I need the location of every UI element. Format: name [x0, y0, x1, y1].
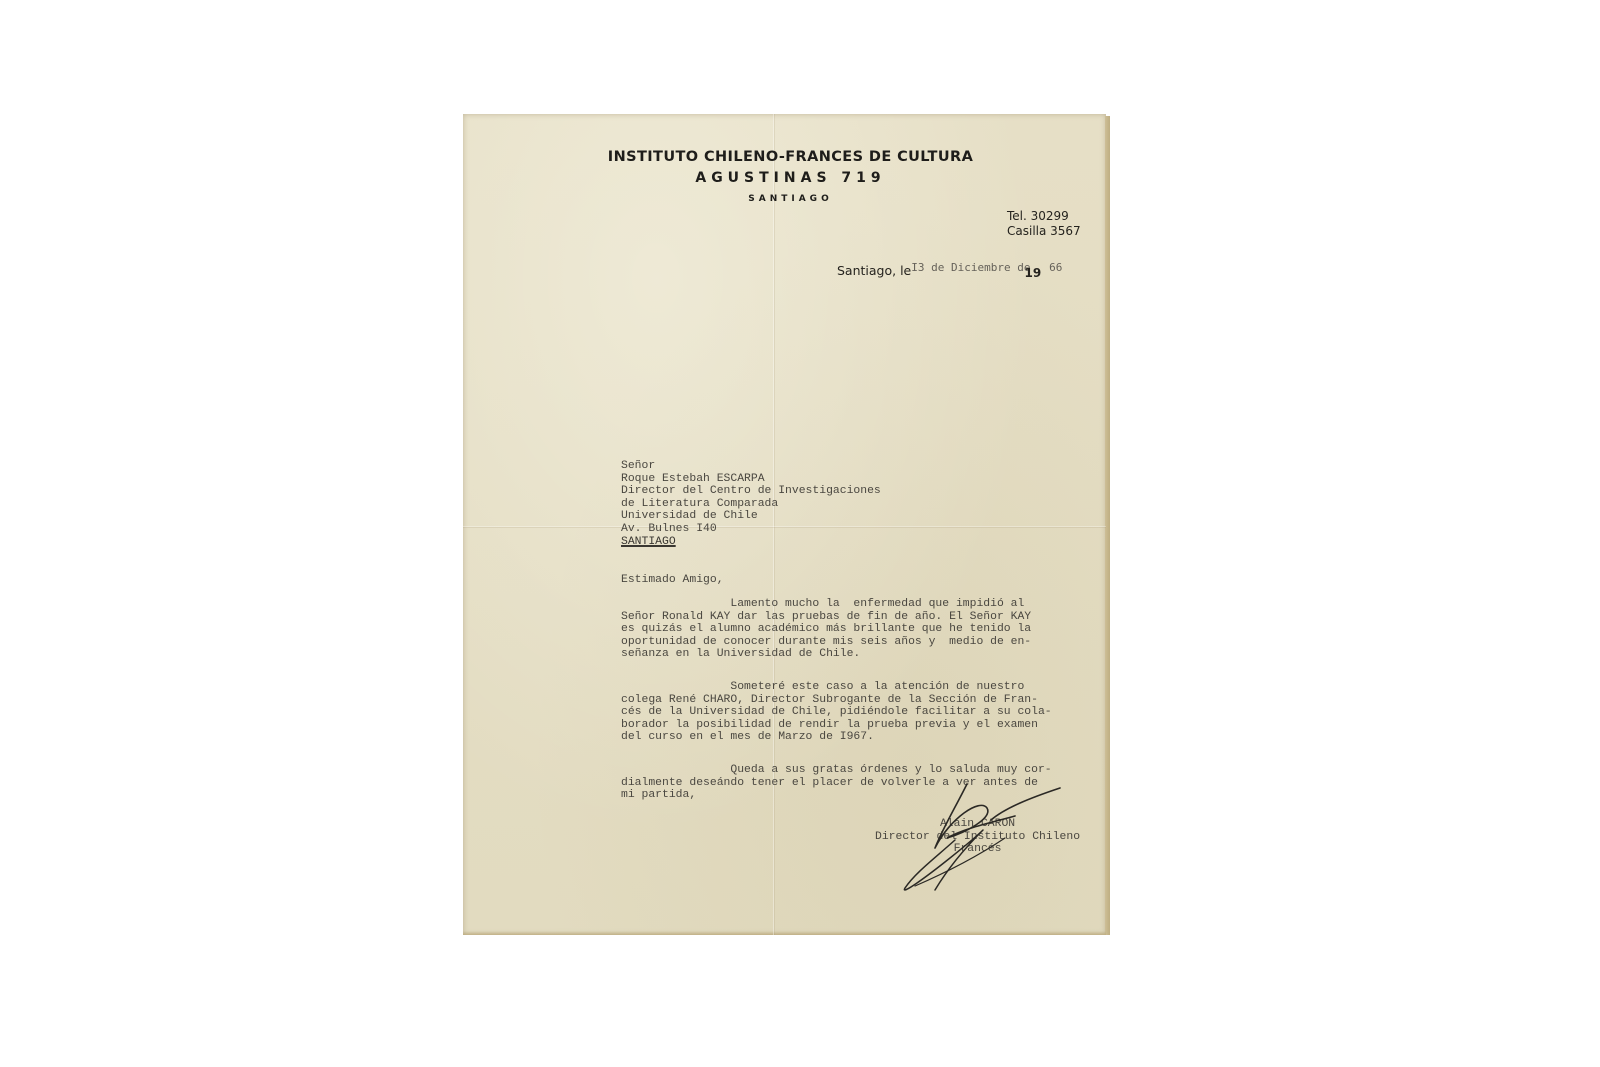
address-line: Señor [621, 460, 881, 473]
date-century: 19 [1024, 266, 1041, 280]
body-paragraph: Lamento mucho la enfermedad que impidió … [621, 598, 1031, 661]
date-line: Santiago, leI3 de Diciembre de19 66 [837, 262, 1062, 280]
letterhead-institution: INSTITUTO CHILENO-FRANCES DE CULTURA [463, 149, 1106, 165]
address-line: Av. Bulnes I40 [621, 523, 881, 536]
address-line: Universidad de Chile [621, 510, 881, 523]
date-day-month: I3 de Diciembre de [911, 261, 1030, 274]
address-line: Director del Centro de Investigaciones [621, 485, 881, 498]
address-city: SANTIAGO [621, 536, 881, 549]
po-box: Casilla 3567 [1007, 224, 1081, 239]
letterhead-contact: Tel. 30299 Casilla 3567 [1007, 209, 1081, 239]
telephone: Tel. 30299 [1007, 209, 1081, 224]
letterhead-city: SANTIAGO [463, 194, 1106, 204]
date-prefix: Santiago, le [837, 263, 911, 278]
address-line: Roque Estebah ESCARPA [621, 473, 881, 486]
body-paragraph: Someteré este caso a la atención de nues… [621, 681, 1052, 744]
letter-sheet: INSTITUTO CHILENO-FRANCES DE CULTURA AGU… [463, 114, 1106, 935]
date-year: 66 [1049, 261, 1062, 274]
paper-edge [463, 931, 1106, 935]
letterhead-street: AGUSTINAS 719 [463, 170, 1106, 186]
handwritten-signature [895, 778, 1065, 898]
recipient-address: SeñorRoque Estebah ESCARPADirector del C… [621, 460, 881, 548]
greeting: Estimado Amigo, [621, 574, 724, 587]
address-line: de Literatura Comparada [621, 498, 881, 511]
